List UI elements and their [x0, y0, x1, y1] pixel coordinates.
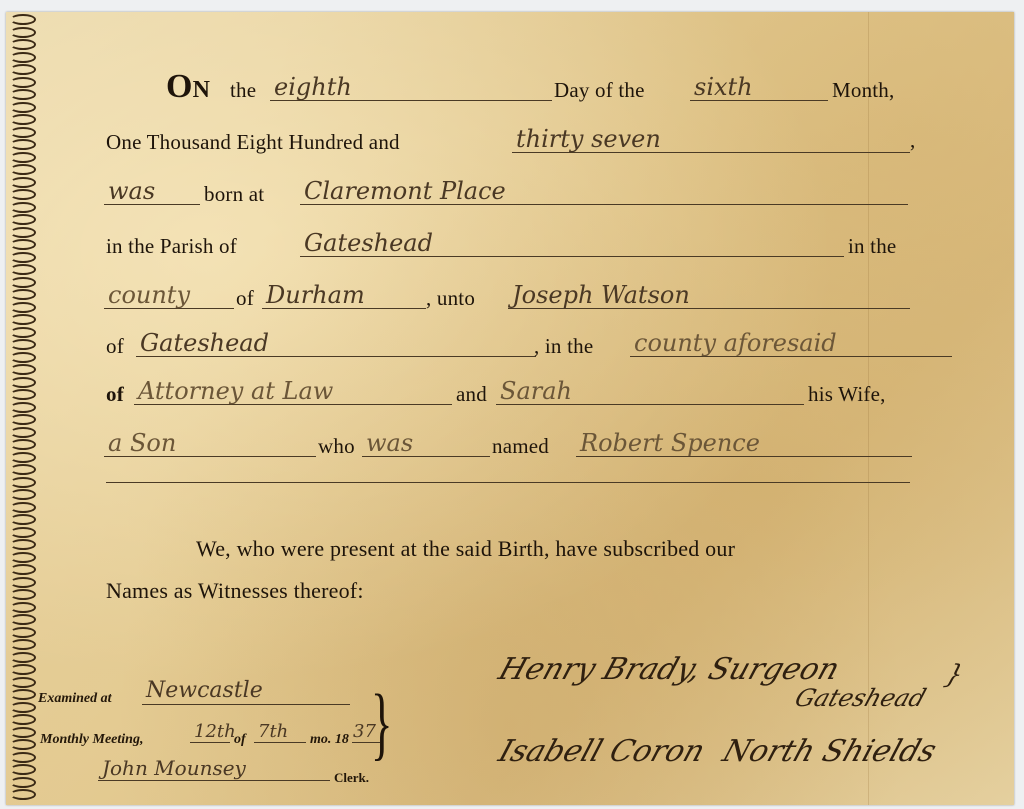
spiral-loop	[10, 102, 36, 113]
spiral-loop	[10, 689, 36, 700]
spiral-loop	[10, 139, 36, 150]
spiral-loop	[10, 614, 36, 625]
label-unto: , unto	[426, 286, 475, 311]
drop-cap-o: ON	[166, 68, 210, 106]
field-child: a Son	[104, 430, 316, 457]
spiral-loop	[10, 314, 36, 325]
spiral-loop	[10, 577, 36, 588]
spiral-loop	[10, 502, 36, 513]
spiral-loop	[10, 702, 36, 713]
spiral-loop	[10, 477, 36, 488]
spiral-loop	[10, 339, 36, 350]
spiral-loop	[10, 427, 36, 438]
spiral-loop	[10, 264, 36, 275]
spiral-loop	[10, 389, 36, 400]
witness-statement-line1: We, who were present at the said Birth, …	[196, 536, 735, 562]
label-born-at: born at	[204, 182, 264, 207]
witness-location-1: Gateshead	[791, 684, 929, 712]
spiral-loop	[10, 439, 36, 450]
witness-signature-1: Henry Brady, Surgeon	[494, 652, 844, 687]
spiral-loop	[10, 114, 36, 125]
spiral-loop	[10, 514, 36, 525]
spiral-loop	[10, 789, 36, 800]
spiral-loop	[10, 727, 36, 738]
spiral-loop	[10, 752, 36, 763]
spiral-loop	[10, 589, 36, 600]
label-of-month: of	[234, 732, 246, 748]
spiral-loop	[10, 739, 36, 750]
spiral-loop	[10, 127, 36, 138]
spiral-loop	[10, 539, 36, 550]
spiral-loop	[10, 602, 36, 613]
label-in-the-2: , in the	[534, 334, 593, 359]
spiral-loop	[10, 289, 36, 300]
spiral-loop	[10, 89, 36, 100]
field-residence-county: county aforesaid	[630, 330, 952, 357]
spiral-loop	[10, 352, 36, 363]
spiral-loop	[10, 64, 36, 75]
label-of: of	[236, 286, 254, 311]
spiral-loop	[10, 552, 36, 563]
spiral-loop	[10, 327, 36, 338]
witness-statement-line2: Names as Witnesses thereof:	[106, 578, 364, 604]
field-birthplace: Claremont Place	[300, 178, 908, 205]
spiral-loop	[10, 189, 36, 200]
field-clerk-name: John Mounsey	[98, 756, 330, 781]
witness-location-2: North Shields	[718, 734, 940, 769]
spiral-loop	[10, 652, 36, 663]
field-month: sixth	[690, 74, 828, 101]
spiral-loop	[10, 164, 36, 175]
label-clerk: Clerk.	[334, 770, 369, 786]
spiral-loop	[10, 27, 36, 38]
field-residence: Gateshead	[136, 330, 536, 357]
field-was: was	[104, 178, 200, 205]
spiral-loop	[10, 364, 36, 375]
spiral-loop	[10, 489, 36, 500]
spiral-loop	[10, 52, 36, 63]
spiral-loop	[10, 527, 36, 538]
spiral-loop	[10, 152, 36, 163]
field-day: eighth	[270, 74, 552, 101]
label-parish: in the Parish of	[106, 234, 237, 259]
spiral-loop	[10, 277, 36, 288]
field-county: Durham	[262, 282, 426, 309]
label-monthly-meeting: Monthly Meeting,	[40, 732, 143, 748]
field-father: Joseph Watson	[508, 282, 910, 309]
label-the: the	[230, 78, 256, 103]
spiral-loop	[10, 402, 36, 413]
spiral-loop	[10, 252, 36, 263]
comma: ,	[910, 128, 915, 153]
field-child-name: Robert Spence	[576, 430, 912, 457]
label-who: who	[318, 434, 355, 459]
label-one-thousand: One Thousand Eight Hundred and	[106, 130, 400, 155]
spiral-loop	[10, 564, 36, 575]
label-month: Month,	[832, 78, 894, 103]
spiral-loop	[10, 14, 36, 25]
spiral-loop	[10, 302, 36, 313]
bracket-mark-1: }	[941, 660, 967, 690]
blank-rule	[106, 482, 910, 483]
spiral-loop	[10, 764, 36, 775]
spiral-loop	[10, 377, 36, 388]
field-year: thirty seven	[512, 126, 910, 153]
spiral-loop	[10, 464, 36, 475]
spiral-loop	[10, 227, 36, 238]
label-of-2: of	[106, 334, 124, 359]
spiral-loop	[10, 664, 36, 675]
label-mo-18: mo. 18	[310, 732, 349, 748]
label-named: named	[492, 434, 549, 459]
field-parish: Gateshead	[300, 230, 844, 257]
spiral-loop	[10, 777, 36, 788]
field-meeting-month: 7th	[254, 722, 306, 743]
field-occupation: Attorney at Law	[134, 378, 452, 405]
spiral-loop	[10, 414, 36, 425]
label-of-3: of	[106, 382, 124, 407]
spiral-loop	[10, 202, 36, 213]
spiral-loop	[10, 627, 36, 638]
spiral-loop	[10, 639, 36, 650]
spiral-loop	[10, 677, 36, 688]
field-mother: Sarah	[496, 378, 804, 405]
spiral-loop	[10, 214, 36, 225]
ornamental-border-left	[10, 14, 42, 802]
label-examined-at: Examined at	[38, 691, 112, 707]
spiral-loop	[10, 77, 36, 88]
spiral-loop	[10, 177, 36, 188]
spiral-loop	[10, 452, 36, 463]
spiral-loop	[10, 239, 36, 250]
field-examined-at: Newcastle	[142, 678, 350, 705]
field-was-2: was	[362, 430, 490, 457]
label-in-the: in the	[848, 234, 896, 259]
curly-brace: }	[371, 682, 393, 764]
field-meeting-day: 12th	[190, 722, 230, 743]
spiral-loop	[10, 714, 36, 725]
certificate-paper: ON the eighth Day of the sixth Month, On…	[6, 12, 1014, 805]
label-and: and	[456, 382, 487, 407]
field-county-word: county	[104, 282, 234, 309]
witness-signature-2: Isabell Coron	[494, 734, 709, 769]
label-day-of-the: Day of the	[554, 78, 645, 103]
spiral-loop	[10, 39, 36, 50]
label-his-wife: his Wife,	[808, 382, 886, 407]
